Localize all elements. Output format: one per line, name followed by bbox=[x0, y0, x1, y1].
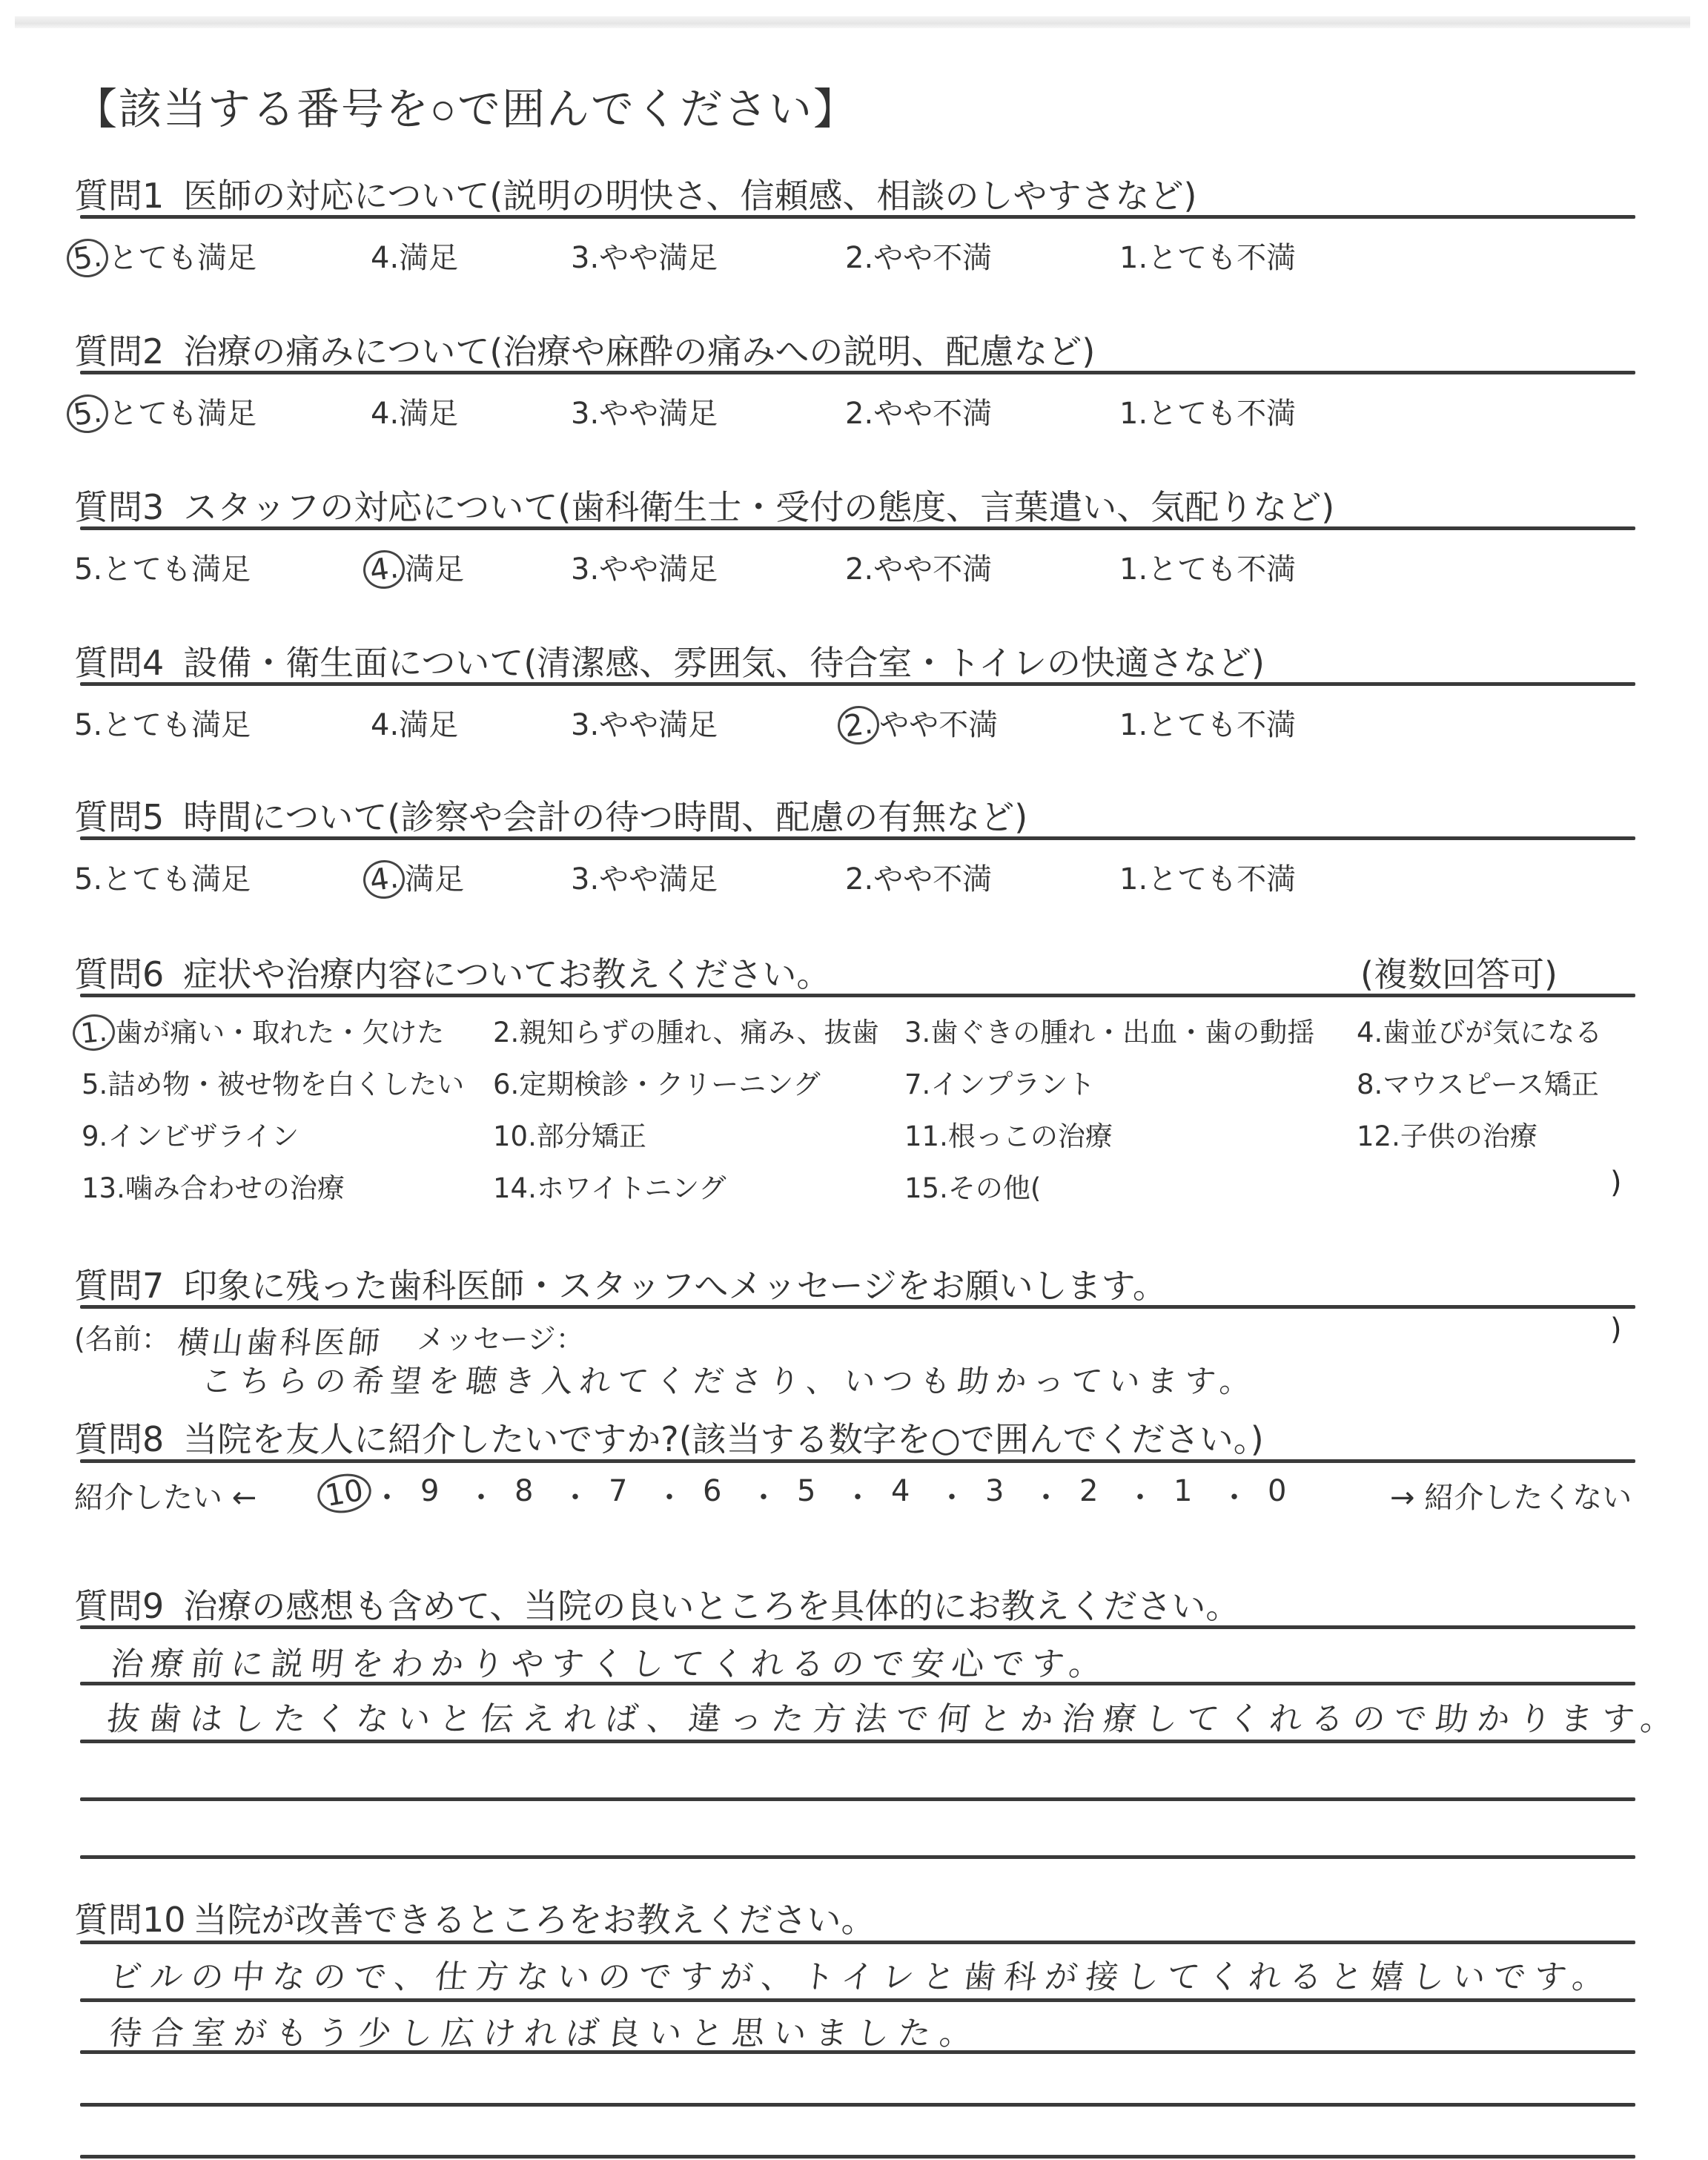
option-label: 歯ぐきの腫れ・出血・歯の動揺 bbox=[930, 1017, 1314, 1048]
option-number: 5. bbox=[64, 236, 111, 280]
scale-separator: ・ bbox=[372, 1474, 402, 1516]
question-text: 時間について(診察や会計の待つ時間、配慮の有無など) bbox=[183, 797, 1027, 837]
answer-line bbox=[80, 1855, 1635, 1859]
q9-answer-line-1[interactable]: 治療前に説明をわかりやすくしてくれるので安心です。 bbox=[109, 1637, 1112, 1685]
rating-option-2[interactable]: 2.やや不満 bbox=[845, 856, 992, 898]
answer-line bbox=[80, 1998, 1635, 2002]
option-number: 4. bbox=[371, 241, 399, 275]
option-number: 3. bbox=[571, 241, 599, 275]
question-text: 設備・衛生面について(清潔感、雰囲気、待合室・トイレの快適さなど) bbox=[183, 643, 1265, 683]
option-number: 15. bbox=[904, 1172, 948, 1204]
option-number: 4. bbox=[1357, 1017, 1383, 1048]
question-3-rule bbox=[80, 526, 1635, 530]
question-number: 質問5 bbox=[74, 797, 164, 837]
message-label: メッセージ： bbox=[417, 1323, 584, 1355]
option-label: 定期検診・クリーニング bbox=[519, 1069, 820, 1100]
question-8-rule bbox=[80, 1459, 1635, 1463]
question-5-header: 質問5時間について(診察や会計の待つ時間、配慮の有無など) bbox=[74, 790, 1027, 839]
scale-separator: ・ bbox=[1031, 1474, 1061, 1516]
option-number: 7. bbox=[904, 1069, 930, 1100]
rating-option-3[interactable]: 3.やや満足 bbox=[571, 546, 718, 588]
question-text: スタッフの対応について(歯科衛生士・受付の態度、言葉遣い、気配りなど) bbox=[183, 487, 1334, 527]
multiple-answers-note: (複数回答可) bbox=[1360, 948, 1558, 997]
option-label: とても不満 bbox=[1148, 862, 1296, 896]
option-number: 3. bbox=[904, 1017, 930, 1048]
option-label: 詰め物・被せ物を白くしたい bbox=[107, 1069, 464, 1100]
scale-separator: ・ bbox=[843, 1474, 873, 1516]
question-9-header: 質問9治療の感想も含めて、当院の良いところを具体的にお教えください。 bbox=[74, 1579, 1239, 1628]
option-label: とても満足 bbox=[108, 241, 256, 275]
rating-option-4-selected[interactable]: 4.満足 bbox=[371, 856, 464, 899]
option-number: 6. bbox=[493, 1069, 519, 1100]
scale-value-10-selected[interactable]: 10 bbox=[314, 1470, 374, 1517]
question-6-rule bbox=[80, 994, 1635, 997]
question-number: 質問6 bbox=[74, 954, 164, 994]
symptom-option-5[interactable]: 5.詰め物・被せ物を白くしたい bbox=[82, 1062, 464, 1102]
option-number: 4. bbox=[371, 397, 399, 431]
option-number: 3. bbox=[571, 862, 599, 896]
question-5-rule bbox=[80, 836, 1635, 840]
option-number: 5. bbox=[64, 392, 111, 435]
option-label: 満足 bbox=[399, 708, 458, 742]
option-label: とても不満 bbox=[1148, 241, 1296, 275]
question-text: 印象に残った歯科医師・スタッフへメッセージをお願いします。 bbox=[183, 1266, 1167, 1306]
option-label: やや満足 bbox=[599, 862, 718, 896]
option-label: とても満足 bbox=[108, 397, 256, 431]
option-number: 4. bbox=[371, 708, 399, 742]
scale-separator: ・ bbox=[560, 1474, 590, 1516]
option-label: やや満足 bbox=[599, 552, 718, 587]
scale-value-2[interactable]: 2 bbox=[1079, 1474, 1098, 1508]
answer-line bbox=[80, 1682, 1635, 1685]
option-number: 5. bbox=[74, 552, 102, 587]
symptom-option-7[interactable]: 7.インプラント bbox=[904, 1062, 1095, 1102]
symptom-option-12[interactable]: 12.子供の治療 bbox=[1357, 1114, 1537, 1154]
question-4-options: 5.とても満足4.満足3.やや満足2.やや不満1.とても不満 bbox=[74, 701, 1631, 739]
option-number: 5. bbox=[74, 862, 102, 896]
option-label: 親知らずの腫れ、痛み、抜歯 bbox=[519, 1017, 878, 1048]
symptom-option-13[interactable]: 13.噛み合わせの治療 bbox=[82, 1166, 345, 1206]
scan-top-edge bbox=[15, 16, 1690, 28]
question-number: 質問1 bbox=[74, 176, 164, 216]
rating-option-3[interactable]: 3.やや満足 bbox=[571, 234, 718, 277]
option-label: 部分矯正 bbox=[537, 1120, 646, 1152]
question-text: 治療の痛みについて(治療や麻酔の痛みへの説明、配慮など) bbox=[183, 331, 1095, 371]
scale-right-label: → 紹介したくない bbox=[1390, 1474, 1632, 1516]
question-text: 医師の対応について(説明の明快さ、信頼感、相談のしやすさなど) bbox=[183, 176, 1196, 216]
option-label: 満足 bbox=[405, 552, 464, 587]
question-number: 質問8 bbox=[74, 1419, 164, 1459]
rating-option-1[interactable]: 1.とても不満 bbox=[1119, 390, 1296, 432]
scale-separator: ・ bbox=[749, 1474, 778, 1516]
question-1-header: 質問1医師の対応について(説明の明快さ、信頼感、相談のしやすさなど) bbox=[74, 169, 1196, 218]
question-4-header: 質問4設備・衛生面について(清潔感、雰囲気、待合室・トイレの快適さなど) bbox=[74, 636, 1265, 685]
option-label: その他( bbox=[948, 1172, 1041, 1204]
question-10-header: 質問10当院が改善できるところをお教えください。 bbox=[74, 1893, 875, 1942]
scale-left-label: 紹介したい ← bbox=[74, 1474, 256, 1516]
rating-option-1[interactable]: 1.とても不満 bbox=[1119, 701, 1296, 744]
symptom-option-6[interactable]: 6.定期検診・クリーニング bbox=[493, 1062, 821, 1102]
option-label: やや不満 bbox=[873, 397, 992, 431]
rating-option-1[interactable]: 1.とても不満 bbox=[1119, 546, 1296, 588]
symptom-option-9[interactable]: 9.インビザライン bbox=[82, 1114, 299, 1154]
scale-value-8[interactable]: 8 bbox=[514, 1474, 533, 1508]
option-label: 噛み合わせの治療 bbox=[125, 1172, 345, 1204]
option-label: ホワイトニング bbox=[537, 1172, 726, 1204]
option-number: 8. bbox=[1357, 1069, 1383, 1100]
question-number: 質問7 bbox=[74, 1266, 164, 1306]
option-label: やや不満 bbox=[873, 862, 992, 896]
option-number: 3. bbox=[571, 397, 599, 431]
scale-value-9[interactable]: 9 bbox=[420, 1474, 439, 1508]
other-close-paren: ) bbox=[1610, 1166, 1622, 1200]
q10-answer-line-2[interactable]: 待合室がもう少し広ければ良いと思いました。 bbox=[107, 2007, 984, 2054]
option-number: 1. bbox=[71, 1012, 117, 1053]
option-number: 2. bbox=[845, 862, 873, 896]
question-6-header: 質問6症状や治療内容についてお教えください。 (複数回答可) bbox=[74, 948, 830, 997]
question-3-options: 5.とても満足4.満足3.やや満足2.やや不満1.とても不満 bbox=[74, 546, 1631, 583]
scale-value-4[interactable]: 4 bbox=[891, 1474, 910, 1508]
rating-option-5-selected[interactable]: 5.とても満足 bbox=[74, 234, 256, 277]
scale-separator: ・ bbox=[937, 1474, 967, 1516]
scale-value-3[interactable]: 3 bbox=[985, 1474, 1004, 1508]
option-label: 満足 bbox=[399, 241, 458, 275]
question-4-rule bbox=[80, 682, 1635, 686]
rating-option-5[interactable]: 5.とても満足 bbox=[74, 701, 251, 744]
rating-option-4-selected[interactable]: 4.満足 bbox=[371, 546, 464, 589]
scale-value-7[interactable]: 7 bbox=[609, 1474, 627, 1508]
option-number: 1. bbox=[1119, 708, 1148, 742]
option-label: やや不満 bbox=[879, 708, 998, 742]
name-label: (名前： bbox=[74, 1323, 170, 1355]
option-label: やや満足 bbox=[599, 397, 718, 431]
rating-option-2[interactable]: 2.やや不満 bbox=[845, 390, 992, 432]
message-close-paren: ) bbox=[1610, 1312, 1622, 1347]
rating-option-5[interactable]: 5.とても満足 bbox=[74, 546, 251, 588]
rating-option-3[interactable]: 3.やや満足 bbox=[571, 701, 718, 744]
answer-line bbox=[80, 2103, 1635, 2107]
option-label: マウスピース矯正 bbox=[1383, 1069, 1599, 1100]
option-label: とても不満 bbox=[1148, 552, 1296, 587]
message-value[interactable]: こちらの希望を聴き入れてくださり、いつも助かっています。 bbox=[199, 1357, 1260, 1401]
question-text: 治療の感想も含めて、当院の良いところを具体的にお教えください。 bbox=[183, 1586, 1239, 1626]
rating-option-3[interactable]: 3.やや満足 bbox=[571, 856, 718, 898]
question-text: 当院を友人に紹介したいですか?(該当する数字を○で囲んでください。) bbox=[183, 1419, 1263, 1459]
question-text: 当院が改善できるところをお教えください。 bbox=[193, 1900, 875, 1940]
question-number: 質問10 bbox=[74, 1900, 186, 1940]
question-2-rule bbox=[80, 371, 1635, 374]
symptom-option-4[interactable]: 4.歯並びが気になる bbox=[1357, 1010, 1602, 1050]
option-number: 2. bbox=[845, 397, 873, 431]
option-number: 1. bbox=[1119, 552, 1148, 587]
rating-option-5-selected[interactable]: 5.とても満足 bbox=[74, 390, 256, 433]
option-number: 3. bbox=[571, 552, 599, 587]
option-number: 9. bbox=[82, 1120, 107, 1152]
option-label: 歯並びが気になる bbox=[1383, 1017, 1602, 1048]
rating-option-4[interactable]: 4.満足 bbox=[371, 234, 458, 277]
option-number: 3. bbox=[571, 708, 599, 742]
rating-option-4[interactable]: 4.満足 bbox=[371, 390, 458, 432]
question-number: 質問2 bbox=[74, 331, 164, 371]
option-label: とても不満 bbox=[1148, 397, 1296, 431]
rating-option-2[interactable]: 2.やや不満 bbox=[845, 546, 992, 588]
answer-line bbox=[80, 1740, 1635, 1743]
option-number: 1. bbox=[1119, 241, 1148, 275]
q9-answer-line-2[interactable]: 抜歯はしたくないと伝えれば、違った方法で何とか治療してくれるので助かります。 bbox=[105, 1692, 1685, 1740]
option-label: やや不満 bbox=[873, 552, 992, 587]
option-number: 11. bbox=[904, 1120, 948, 1152]
answer-line bbox=[80, 1797, 1635, 1801]
scale-separator: ・ bbox=[655, 1474, 684, 1516]
option-number: 1. bbox=[1119, 397, 1148, 431]
rating-option-2-selected[interactable]: 2.やや不満 bbox=[845, 701, 998, 744]
option-label: やや不満 bbox=[873, 241, 992, 275]
option-label: とても満足 bbox=[102, 862, 251, 896]
answer-line bbox=[80, 2050, 1635, 2054]
option-number: 4. bbox=[361, 857, 408, 901]
option-number: 2. bbox=[835, 703, 882, 747]
option-label: やや満足 bbox=[599, 241, 718, 275]
option-number: 14. bbox=[493, 1172, 537, 1204]
answer-line bbox=[80, 1941, 1635, 1944]
symptom-option-10[interactable]: 10.部分矯正 bbox=[493, 1114, 646, 1154]
scale-value-1[interactable]: 1 bbox=[1174, 1474, 1192, 1508]
scale-value-6[interactable]: 6 bbox=[703, 1474, 721, 1508]
question-2-header: 質問2治療の痛みについて(治療や麻酔の痛みへの説明、配慮など) bbox=[74, 325, 1095, 374]
option-number: 1. bbox=[1119, 862, 1148, 896]
answer-line bbox=[80, 1625, 1635, 1629]
rating-option-5[interactable]: 5.とても満足 bbox=[74, 856, 251, 898]
option-label: やや満足 bbox=[599, 708, 718, 742]
symptom-option-2[interactable]: 2.親知らずの腫れ、痛み、抜歯 bbox=[493, 1010, 879, 1050]
option-number: 5. bbox=[82, 1069, 107, 1100]
name-message-row: (名前： bbox=[74, 1316, 170, 1357]
page-title: 【該当する番号を○で囲んでください】 bbox=[74, 74, 858, 136]
rating-option-1[interactable]: 1.とても不満 bbox=[1119, 234, 1296, 277]
question-3-header: 質問3スタッフの対応について(歯科衛生士・受付の態度、言葉遣い、気配りなど) bbox=[74, 480, 1334, 529]
message-label-row: メッセージ： bbox=[417, 1316, 584, 1357]
question-7-header: 質問7印象に残った歯科医師・スタッフへメッセージをお願いします。 bbox=[74, 1259, 1167, 1308]
scale-separator: ・ bbox=[466, 1474, 496, 1516]
scale-value-0[interactable]: 0 bbox=[1268, 1474, 1286, 1508]
option-label: とても満足 bbox=[102, 552, 251, 587]
option-label: 子供の治療 bbox=[1400, 1120, 1537, 1152]
question-number: 質問9 bbox=[74, 1586, 164, 1626]
option-number: 4. bbox=[361, 547, 408, 591]
option-label: とても満足 bbox=[102, 708, 251, 742]
rating-option-3[interactable]: 3.やや満足 bbox=[571, 390, 718, 432]
question-number: 質問3 bbox=[74, 487, 164, 527]
scale-value-5[interactable]: 5 bbox=[797, 1474, 815, 1508]
question-8-header: 質問8当院を友人に紹介したいですか?(該当する数字を○で囲んでください。) bbox=[74, 1413, 1264, 1462]
option-number: 10. bbox=[493, 1120, 537, 1152]
option-number: 2. bbox=[493, 1017, 519, 1048]
option-label: 満足 bbox=[399, 397, 458, 431]
option-label: インビザライン bbox=[107, 1120, 299, 1152]
rating-option-1[interactable]: 1.とても不満 bbox=[1119, 856, 1296, 898]
question-7-rule bbox=[80, 1305, 1635, 1309]
symptom-option-3[interactable]: 3.歯ぐきの腫れ・出血・歯の動揺 bbox=[904, 1010, 1314, 1050]
question-text: 症状や治療内容についてお教えください。 bbox=[183, 954, 830, 994]
option-number: 2. bbox=[845, 241, 873, 275]
option-label: インプラント bbox=[930, 1069, 1095, 1100]
symptom-option-14[interactable]: 14.ホワイトニング bbox=[493, 1166, 726, 1206]
question-number: 質問4 bbox=[74, 643, 164, 683]
option-number: 12. bbox=[1357, 1120, 1400, 1152]
symptom-option-8[interactable]: 8.マウスピース矯正 bbox=[1357, 1062, 1599, 1102]
option-label: 根っこの治療 bbox=[948, 1120, 1113, 1152]
option-number: 2. bbox=[845, 552, 873, 587]
name-value[interactable]: 横山歯科医師 bbox=[176, 1318, 385, 1363]
scale-separator: ・ bbox=[1219, 1474, 1249, 1516]
rating-option-2[interactable]: 2.やや不満 bbox=[845, 234, 992, 277]
option-label: 歯が痛い・取れた・欠けた bbox=[115, 1017, 444, 1048]
option-number: 5. bbox=[74, 708, 102, 742]
question-1-rule bbox=[80, 215, 1635, 219]
option-number: 13. bbox=[82, 1172, 125, 1204]
symptom-option-15[interactable]: 15.その他( bbox=[904, 1166, 1041, 1206]
question-1-options: 5.とても満足4.満足3.やや満足2.やや不満1.とても不満 bbox=[74, 234, 1631, 271]
option-label: 満足 bbox=[405, 862, 464, 896]
answer-line bbox=[80, 2155, 1635, 2159]
scale-separator: ・ bbox=[1125, 1474, 1155, 1516]
question-5-options: 5.とても満足4.満足3.やや満足2.やや不満1.とても不満 bbox=[74, 856, 1631, 893]
rating-option-4[interactable]: 4.満足 bbox=[371, 701, 458, 744]
symptom-option-1-selected[interactable]: 1.歯が痛い・取れた・欠けた bbox=[82, 1010, 444, 1051]
question-2-options: 5.とても満足4.満足3.やや満足2.やや不満1.とても不満 bbox=[74, 390, 1631, 427]
symptom-option-11[interactable]: 11.根っこの治療 bbox=[904, 1114, 1113, 1154]
q10-answer-line-1[interactable]: ビルの中なので、仕方ないのですが、トイレと歯科が接してくれると嬉しいです。 bbox=[107, 1950, 1616, 1998]
option-label: とても不満 bbox=[1148, 708, 1296, 742]
